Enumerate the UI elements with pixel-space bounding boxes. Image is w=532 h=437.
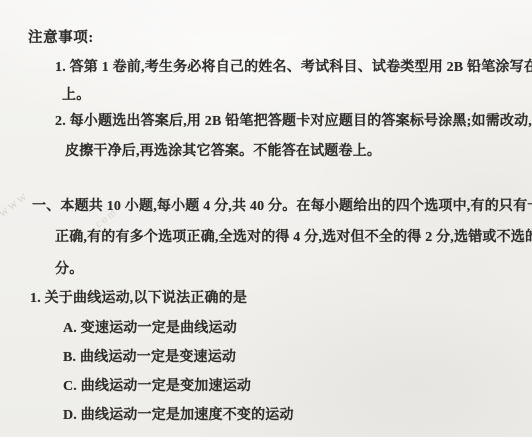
section-1-intro-line-1: 一、本题共 10 小题,每小题 4 分,共 40 分。在每小题给出的四个选项中,…: [32, 199, 532, 214]
section-1-intro-line-3: 分。: [55, 262, 83, 277]
notice-heading: 注意事项:: [28, 31, 94, 46]
watermark-fragment-1: www: [0, 187, 31, 221]
question-1-stem: 1. 关于曲线运动,以下说法正确的是: [30, 291, 247, 306]
notice-item-1-line-2: 上。: [62, 88, 90, 103]
question-1-option-b: B. 曲线运动一定是变速运动: [63, 350, 236, 365]
question-1-option-a: A. 变速运动一定是曲线运动: [63, 321, 237, 336]
notice-item-2-line-2: 皮擦干净后,再选涂其它答案。不能答在试题卷上。: [65, 144, 381, 159]
question-1-option-d: D. 曲线运动一定是加速度不变的运动: [63, 408, 294, 423]
notice-item-2-line-1: 2. 每小题选出答案后,用 2B 铅笔把答题卡对应题目的答案标号涂黑;如需改动,…: [55, 114, 532, 129]
notice-item-1-line-1: 1. 答第 1 卷前,考生务必将自己的姓名、考试科目、试卷类型用 2B 铅笔涂写…: [55, 60, 532, 75]
section-1-intro-line-2: 正确,有的有多个选项正确,全选对的得 4 分,选对但不全的得 2 分,选错或不选…: [55, 230, 532, 245]
exam-paper-scan: www com 注意事项: 1. 答第 1 卷前,考生务必将自己的姓名、考试科目…: [0, 0, 532, 437]
question-1-option-c: C. 曲线运动一定是变加速运动: [63, 379, 251, 394]
